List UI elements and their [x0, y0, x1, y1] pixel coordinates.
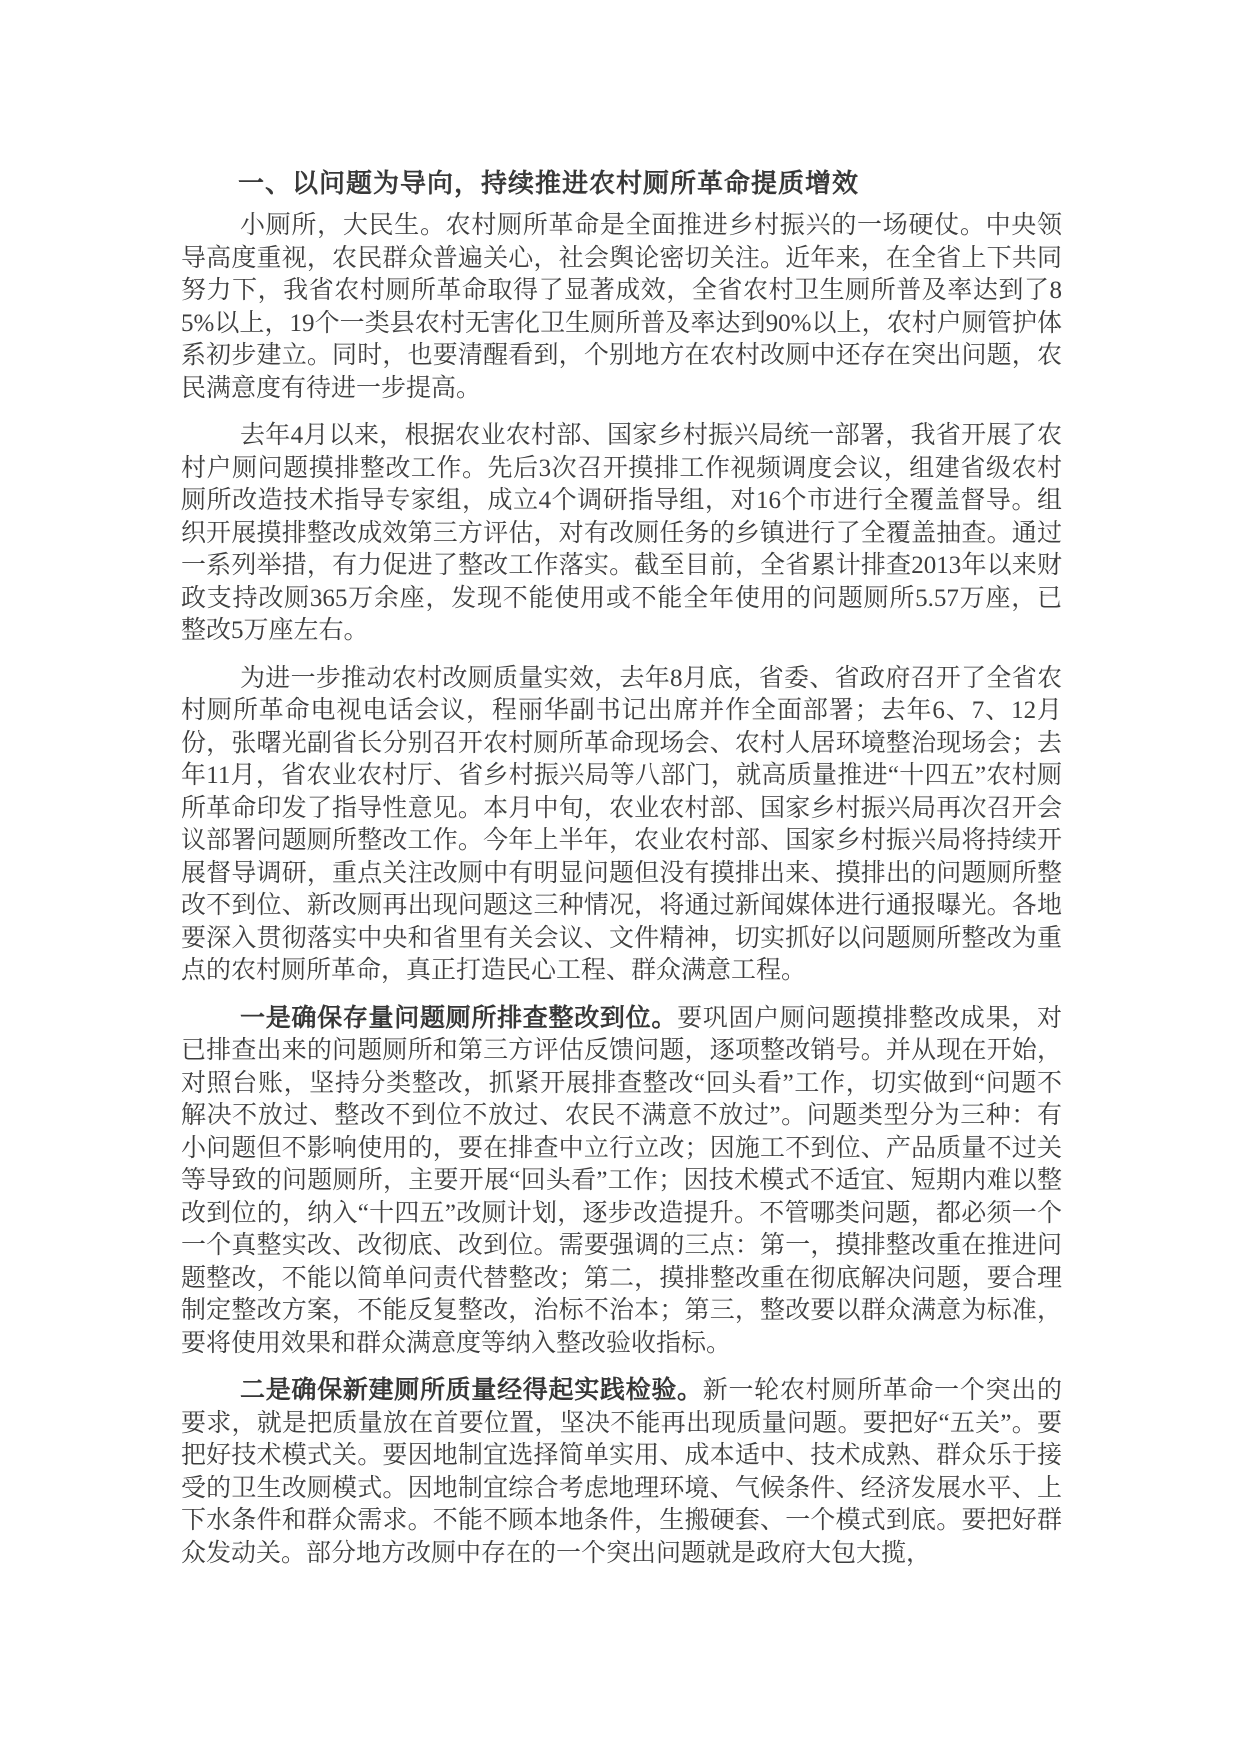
paragraph: 小厕所，大民生。农村厕所革命是全面推进乡村振兴的一场硬仗。中央领导高度重视，农民…: [181, 209, 1062, 405]
paragraph: 为进一步推动农村改厕质量实效，去年8月底，省委、省政府召开了全省农村厕所革命电视…: [181, 662, 1062, 988]
paragraph-text: 要巩固户厕问题摸排整改成果，对已排查出来的问题厕所和第三方评估反馈问题，逐项整改…: [181, 1005, 1062, 1357]
paragraph-text: 去年4月以来，根据农业农村部、国家乡村振兴局统一部署，我省开展了农村户厕问题摸排…: [181, 422, 1062, 644]
paragraph: 去年4月以来，根据农业农村部、国家乡村振兴局统一部署，我省开展了农村户厕问题摸排…: [181, 419, 1062, 648]
paragraph-lead-bold: 二是确保新建厕所质量经得起实践检验。: [240, 1376, 703, 1404]
paragraph-lead-bold: 一是确保存量问题厕所排查整改到位。: [240, 1004, 677, 1032]
section-heading: 一、以问题为导向，持续推进农村厕所革命提质增效: [181, 166, 1062, 200]
paragraph: 二是确保新建厕所质量经得起实践检验。新一轮农村厕所革命一个突出的要求，就是把质量…: [181, 1374, 1062, 1570]
paragraph-text: 新一轮农村厕所革命一个突出的要求，就是把质量放在首要位置，坚决不能再出现质量问题…: [181, 1377, 1062, 1567]
paragraph-text: 为进一步推动农村改厕质量实效，去年8月底，省委、省政府召开了全省农村厕所革命电视…: [181, 665, 1062, 985]
document-page: 一、以问题为导向，持续推进农村厕所革命提质增效 小厕所，大民生。农村厕所革命是全…: [0, 0, 1240, 1754]
paragraph: 一是确保存量问题厕所排查整改到位。要巩固户厕问题摸排整改成果，对已排查出来的问题…: [181, 1002, 1062, 1361]
document-content: 一、以问题为导向，持续推进农村厕所革命提质增效 小厕所，大民生。农村厕所革命是全…: [181, 166, 1062, 1584]
paragraph-text: 小厕所，大民生。农村厕所革命是全面推进乡村振兴的一场硬仗。中央领导高度重视，农民…: [181, 212, 1062, 402]
